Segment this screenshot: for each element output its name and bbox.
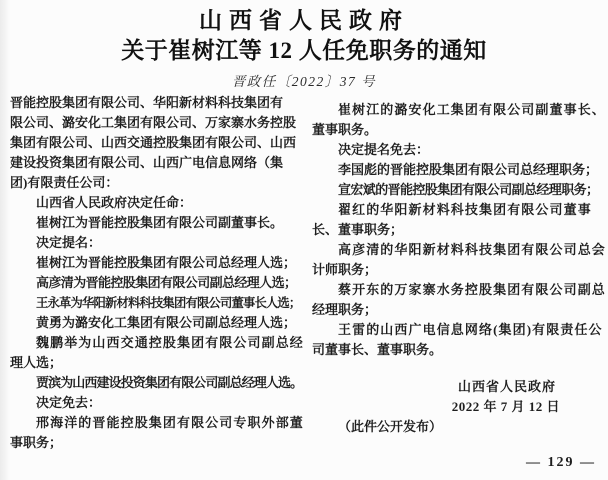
text-line: 邢海洋的晋能控股集团有限公司专职外部董 [10, 413, 302, 433]
text-line: 贾滨为山西建设投资集团有限公司副总经理人选。 [10, 373, 302, 393]
text-line: 理人选； [10, 353, 302, 373]
text-line: 高彦清的华阳新材料科技集团有限公司总会 [312, 240, 604, 260]
text-line: 决定提名免去： [312, 140, 604, 160]
text-line: 山西省人民政府决定任命： [10, 193, 302, 213]
text-line: 蔡开东的万家寨水务控股集团有限公司副总 [312, 280, 604, 300]
signature-org: 山西省人民政府 [312, 377, 604, 397]
text-line: 李国彪的晋能控股集团有限公司总经理职务； [312, 160, 604, 180]
right-column: 崔树江的潞安化工集团有限公司副董事长、 董事职务。 决定提名免去： 李国彪的晋能… [312, 100, 604, 437]
text-line: 长、董事职务； [312, 220, 604, 240]
text-line: 计师职务； [312, 260, 604, 280]
text-line: 崔树江的潞安化工集团有限公司副董事长、 [312, 100, 604, 120]
text-line: 翟红的华阳新材料科技集团有限公司董事 [312, 200, 604, 220]
text-line: 经理职务； [312, 300, 604, 320]
page-number: — 129 — [526, 455, 596, 471]
text-line: 建设投资集团有限公司、山西广电信息网络（集 [10, 153, 302, 173]
signature-date: 2022 年 7 月 12 日 [312, 397, 604, 417]
text-line: 崔树江为晋能控股集团有限公司副董事长。 [10, 213, 302, 233]
text-line: 决定免去： [10, 393, 302, 413]
text-line: 黄勇为潞安化工集团有限公司副总经理人选； [10, 313, 302, 333]
text-line: 崔树江为晋能控股集团有限公司总经理人选； [10, 253, 302, 273]
signature-spacer [312, 360, 604, 377]
text-line: 司董事长、董事职务。 [312, 340, 604, 360]
text-line: 决定提名： [10, 233, 302, 253]
text-line: 魏鹏举为山西交通控股集团有限公司副总经 [10, 333, 302, 353]
text-line: 集团有限公司、山西交通控股集团有限公司、山西 [10, 133, 302, 153]
publication-note: （此件公开发布） [312, 417, 604, 437]
document-subtitle: 关于崔树江等 12 人任免职务的通知 [0, 32, 608, 65]
left-column: 晋能控股集团有限公司、华阳新材料科技集团有 限公司、潞安化工集团有限公司、万家寨… [10, 93, 302, 453]
text-line: 事职务； [10, 433, 302, 453]
document-number: 晋政任〔2022〕37 号 [0, 70, 608, 90]
document-page: 山西省人民政府 关于崔树江等 12 人任免职务的通知 晋政任〔2022〕37 号… [0, 0, 608, 480]
text-line: 董事职务。 [312, 120, 604, 140]
text-line: 宣宏斌的晋能控股集团有限公司副总经理职务； [312, 180, 604, 200]
text-line: 王雷的山西广电信息网络(集团)有限责任公 [312, 320, 604, 340]
text-line: 王永革为华阳新材料科技集团有限公司董事长人选； [10, 293, 302, 313]
text-line: 团)有限责任公司： [10, 173, 302, 193]
text-line: 高彦清为晋能控股集团有限公司副总经理人选； [10, 273, 302, 293]
text-line: 晋能控股集团有限公司、华阳新材料科技集团有 [10, 93, 302, 113]
text-line: 限公司、潞安化工集团有限公司、万家寨水务控股 [10, 113, 302, 133]
document-title: 山西省人民政府 [0, 2, 608, 35]
